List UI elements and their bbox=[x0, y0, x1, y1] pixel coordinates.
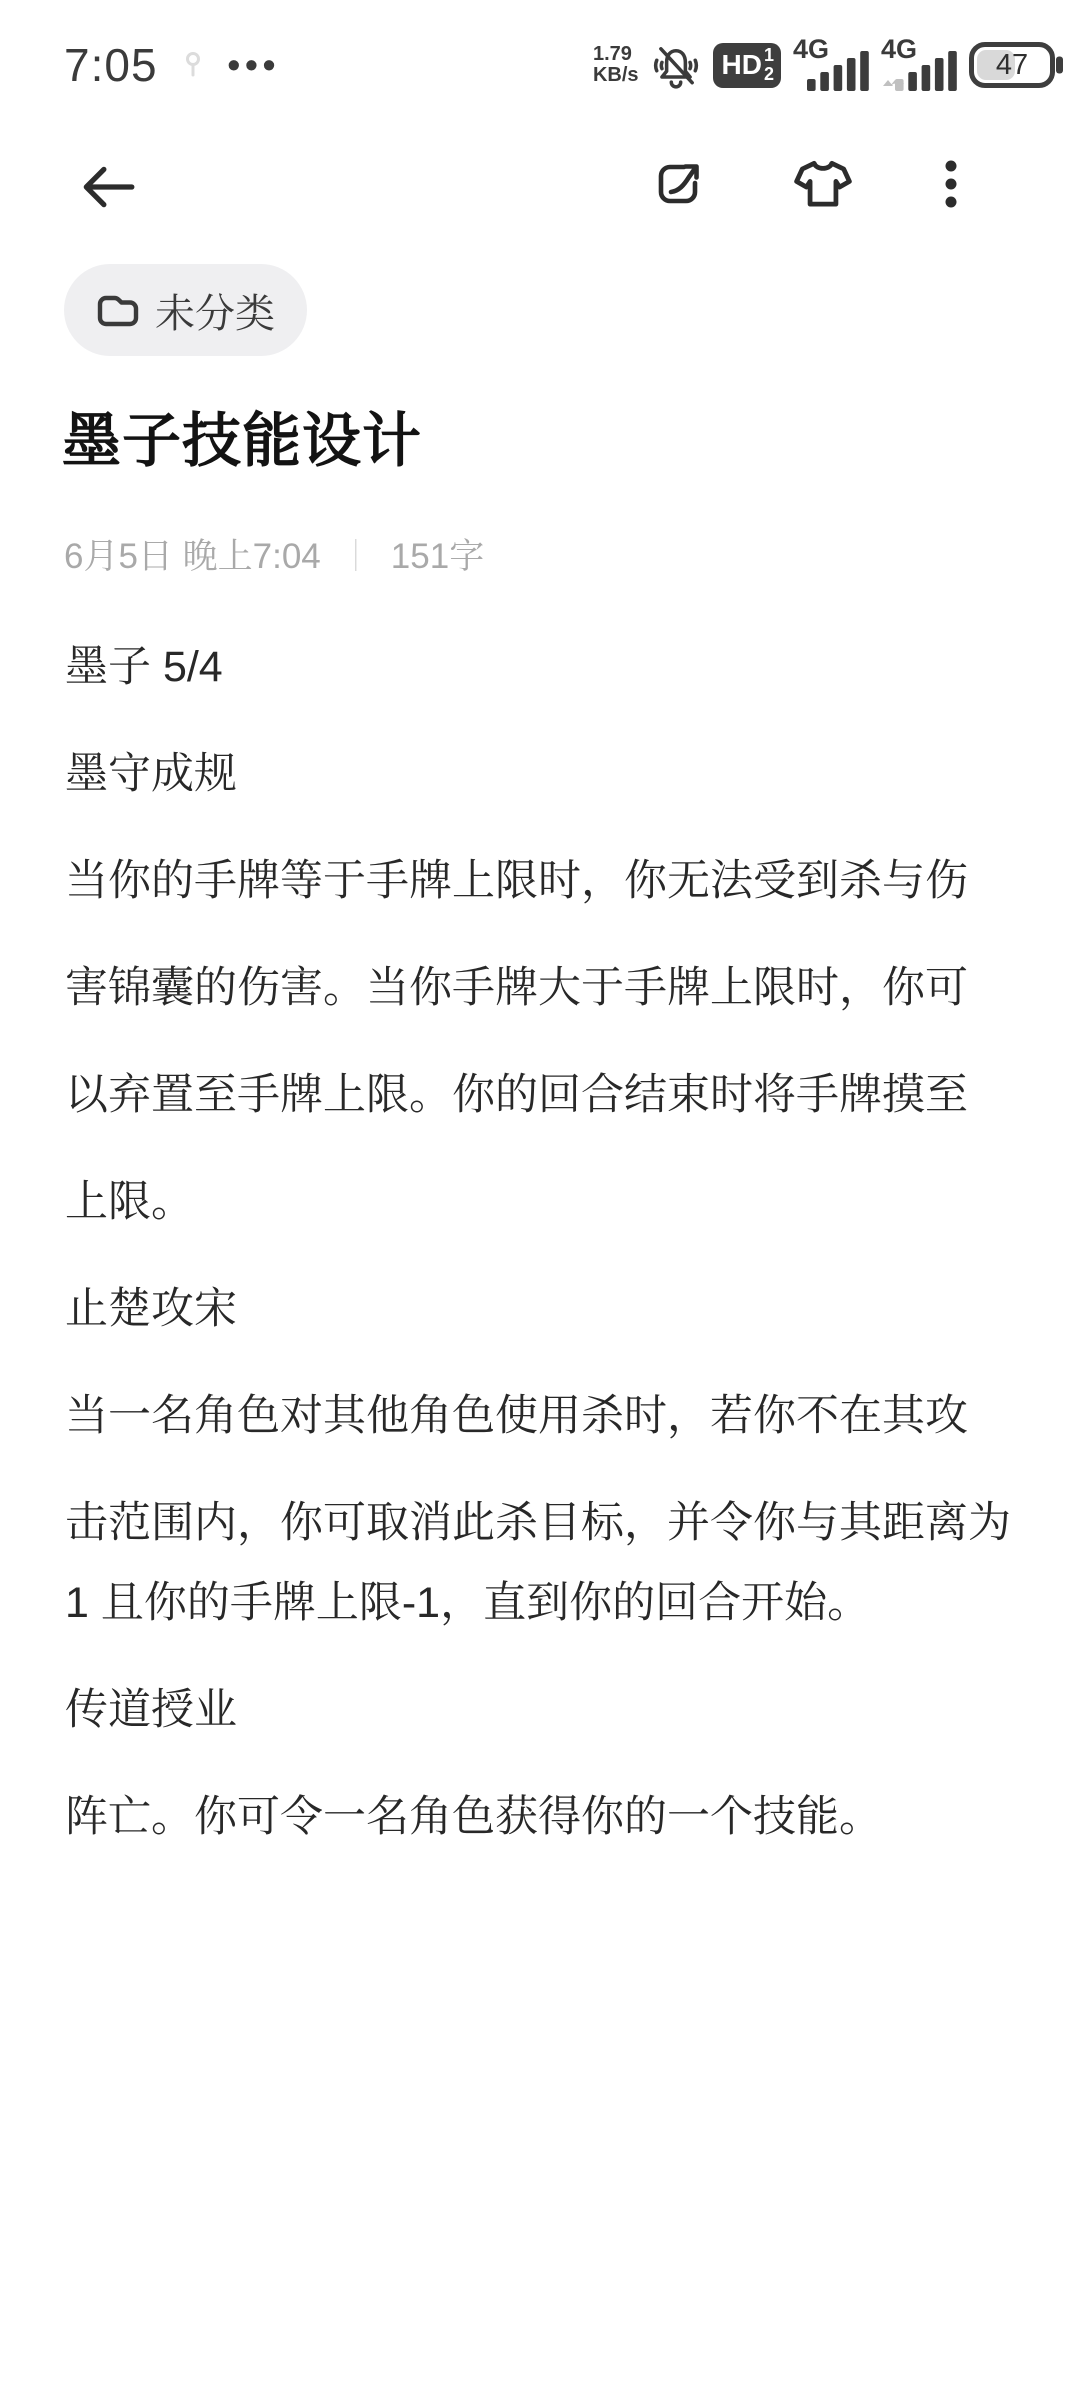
theme-skin-button[interactable] bbox=[793, 156, 853, 212]
note-line: 击范围内，你可取消此杀目标，并令你与其距离为 bbox=[65, 1483, 1080, 1563]
note-title[interactable]: 墨子技能设计 bbox=[62, 409, 422, 473]
note-paragraph: 害锦囊的伤害。当你手牌大于手牌上限时，你可 bbox=[65, 948, 1080, 1028]
note-line: 墨守成规 bbox=[65, 734, 1080, 814]
mute-bell-icon bbox=[651, 40, 701, 90]
note-line: 当一名角色对其他角色使用杀时，若你不在其攻 bbox=[65, 1376, 1080, 1456]
faint-indicator-icon bbox=[182, 50, 204, 80]
hd-sim-numbers: 1 2 bbox=[764, 46, 774, 84]
signal-bars-icon bbox=[895, 51, 957, 91]
note-line: 传道授业 bbox=[65, 1670, 1080, 1750]
back-arrow-icon bbox=[78, 164, 136, 210]
note-paragraph: 阵亡。你可令一名角色获得你的一个技能。 bbox=[65, 1777, 1080, 1857]
status-bar-right: 1.79 KB/s HD 1 2 bbox=[593, 34, 1065, 96]
hd-sim2: 2 bbox=[764, 65, 774, 84]
note-line: 止楚攻宋 bbox=[65, 1269, 1080, 1349]
note-paragraph: 以弃置至手牌上限。你的回合结束时将手牌摸至 bbox=[65, 1055, 1080, 1135]
share-button[interactable] bbox=[653, 158, 705, 210]
note-paragraph: 墨子 5/4 bbox=[65, 627, 1080, 707]
tshirt-skin-icon bbox=[793, 156, 853, 212]
more-options-button[interactable] bbox=[945, 160, 957, 208]
note-line: 以弃置至手牌上限。你的回合结束时将手牌摸至 bbox=[65, 1055, 1080, 1135]
hidden-notifications-dots: ••• bbox=[228, 34, 281, 96]
volte-hd-badge: HD 1 2 bbox=[713, 43, 781, 88]
hd-sim1: 1 bbox=[764, 46, 774, 65]
note-line: 墨子 5/4 bbox=[65, 627, 1080, 707]
note-line: 上限。 bbox=[65, 1162, 1080, 1242]
share-icon bbox=[653, 158, 705, 210]
note-paragraph: 传道授业 bbox=[65, 1670, 1080, 1750]
note-paragraph: 当一名角色对其他角色使用杀时，若你不在其攻 bbox=[65, 1376, 1080, 1456]
back-button[interactable] bbox=[78, 164, 136, 210]
battery-nub bbox=[1056, 57, 1063, 74]
note-paragraph: 击范围内，你可取消此杀目标，并令你与其距离为1 且你的手牌上限-1，直到你的回合… bbox=[65, 1483, 1080, 1643]
sim2-signal: 4G bbox=[881, 37, 957, 93]
note-line: 阵亡。你可令一名角色获得你的一个技能。 bbox=[65, 1777, 1080, 1857]
category-label: 未分类 bbox=[155, 282, 275, 339]
network-speed-value: 1.79 bbox=[593, 44, 639, 65]
note-paragraph: 当你的手牌等于手牌上限时，你无法受到杀与伤 bbox=[65, 841, 1080, 921]
note-paragraph: 上限。 bbox=[65, 1162, 1080, 1242]
note-line: 当你的手牌等于手牌上限时，你无法受到杀与伤 bbox=[65, 841, 1080, 921]
note-paragraph: 止楚攻宋 bbox=[65, 1269, 1080, 1349]
meta-divider: ｜ bbox=[340, 531, 372, 577]
note-line: 1 且你的手牌上限-1，直到你的回合开始。 bbox=[65, 1563, 1080, 1643]
network-speed: 1.79 KB/s bbox=[593, 44, 639, 86]
note-word-count: 151字 bbox=[391, 529, 484, 579]
kebab-menu-icon bbox=[945, 160, 957, 208]
battery-indicator: 47 bbox=[969, 42, 1055, 88]
note-line: 害锦囊的伤害。当你手牌大于手牌上限时，你可 bbox=[65, 948, 1080, 1028]
hd-label: HD bbox=[722, 49, 762, 81]
status-bar-left: 7:05 ••• bbox=[64, 34, 280, 96]
note-meta: 6月5日 晚上7:04 ｜ 151字 bbox=[64, 529, 484, 579]
status-bar: 7:05 ••• 1.79 KB/s bbox=[0, 34, 1080, 96]
network-speed-unit: KB/s bbox=[593, 65, 639, 86]
notes-app-screen: 7:05 ••• 1.79 KB/s bbox=[0, 0, 1080, 2400]
category-chip[interactable]: 未分类 bbox=[64, 264, 307, 356]
status-time: 7:05 bbox=[64, 38, 158, 92]
note-paragraph: 墨守成规 bbox=[65, 734, 1080, 814]
battery-percent: 47 bbox=[996, 49, 1028, 82]
signal-bars-icon bbox=[807, 51, 869, 91]
folder-icon bbox=[96, 291, 140, 329]
note-body[interactable]: 墨子 5/4墨守成规当你的手牌等于手牌上限时，你无法受到杀与伤害锦囊的伤害。当你… bbox=[65, 627, 1080, 1884]
sim1-signal: 4G bbox=[793, 37, 869, 93]
note-date: 6月5日 晚上7:04 bbox=[64, 529, 321, 579]
